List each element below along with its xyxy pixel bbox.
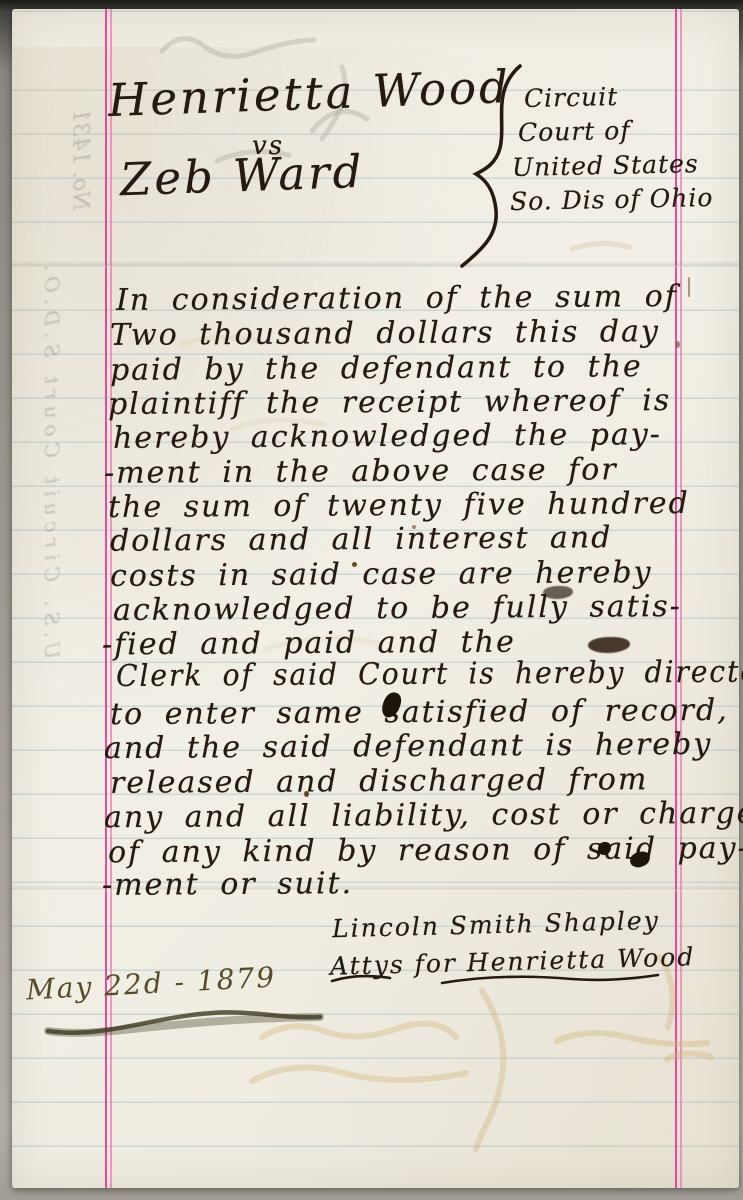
manuscript-page: No. 1431 U.S. Circuit Court S.D.O. Henri… xyxy=(12,9,739,1188)
date-flourish xyxy=(12,9,739,1188)
paper-speck xyxy=(352,562,357,567)
paper-speck xyxy=(304,791,309,797)
paper-speck xyxy=(412,525,416,529)
paper-speck xyxy=(676,341,680,348)
margin-tick-mark xyxy=(688,277,690,297)
document-scan: No. 1431 U.S. Circuit Court S.D.O. Henri… xyxy=(0,0,743,1200)
